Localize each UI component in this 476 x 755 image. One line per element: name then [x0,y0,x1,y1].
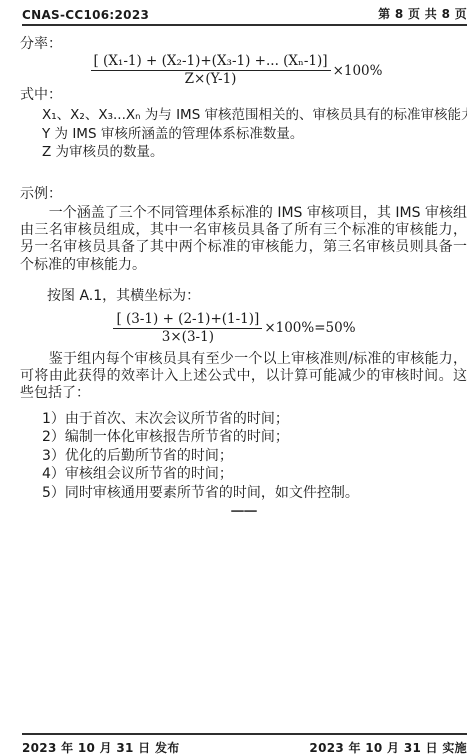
end-divider: —— [20,504,467,518]
list-item: 1）由于首次、末次会议所节省的时间； [20,410,467,429]
document-body: 分率： [ (X₁-1) + (X₂-1)+(X₃-1) +... (Xₙ-1)… [20,36,467,518]
issue-date: 2023 年 10 月 31 日 发布 [22,739,180,755]
example-formula: [ (3-1) + (2-1)+(1-1)] 3×(3-1) ×100%=50% [11,312,458,345]
formula-denominator: Z×(Y-1) [91,71,331,87]
definition-y: Y 为 IMS 审核所涵盖的管理体系标准数量。 [20,125,467,144]
list-item: 5）同时审核通用要素所节省的时间，如文件控制。 [20,484,467,503]
example-label: 示例： [20,186,467,202]
fraction: [ (X₁-1) + (X₂-1)+(X₃-1) +... (Xₙ-1)] Z×… [91,54,331,87]
savings-list: 1）由于首次、末次会议所节省的时间； 2）编制一体化审核报告所节省的时间； 3）… [20,410,467,503]
page-number: 第 8 页 共 8 页 [378,5,467,22]
document-page: CNAS-CC106:2023 第 8 页 共 8 页 分率： [ (X₁-1)… [0,0,476,755]
formula-result: ×100%=50% [264,320,355,336]
definition-x: X₁、X₂、X₃...Xₙ 为与 IMS 审核范围相关的、审核员具有的标准审核能… [20,106,467,125]
fraction-label: 分率： [20,36,467,52]
list-item: 3）优化的后勤所节省的时间； [20,447,467,466]
formula-denominator: 3×(3-1) [113,329,262,345]
fraction: [ (3-1) + (2-1)+(1-1)] 3×(3-1) [113,312,262,345]
example-paragraph: 一个涵盖了三个不同管理体系标准的 IMS 审核项目，其 IMS 审核组由三名审核… [20,205,467,275]
page-header: CNAS-CC106:2023 第 8 页 共 8 页 [22,5,467,26]
variable-definitions: X₁、X₂、X₃...Xₙ 为与 IMS 审核范围相关的、审核员具有的标准审核能… [20,106,467,162]
doc-code: CNAS-CC106:2023 [22,8,149,22]
definition-z: Z 为审核员的数量。 [20,143,467,162]
formula-numerator: [ (X₁-1) + (X₂-1)+(X₃-1) +... (Xₙ-1)] [91,54,331,71]
where-label: 式中： [20,87,467,103]
list-item: 4）审核组会议所节省的时间； [20,465,467,484]
page-footer: 2023 年 10 月 31 日 发布 2023 年 10 月 31 日 实施 [22,733,467,755]
formula-numerator: [ (3-1) + (2-1)+(1-1)] [113,312,262,329]
figure-reference: 按图 A.1，其横坐标为： [20,288,467,305]
efficiency-paragraph: 鉴于组内每个审核员具有至少一个以上审核准则/标准的审核能力，可将由此获得的效率计… [20,351,467,403]
formula-multiplier: ×100% [333,63,383,79]
general-formula: [ (X₁-1) + (X₂-1)+(X₃-1) +... (Xₙ-1)] Z×… [13,54,460,87]
list-item: 2）编制一体化审核报告所节省的时间； [20,428,467,447]
implementation-date: 2023 年 10 月 31 日 实施 [309,739,467,755]
